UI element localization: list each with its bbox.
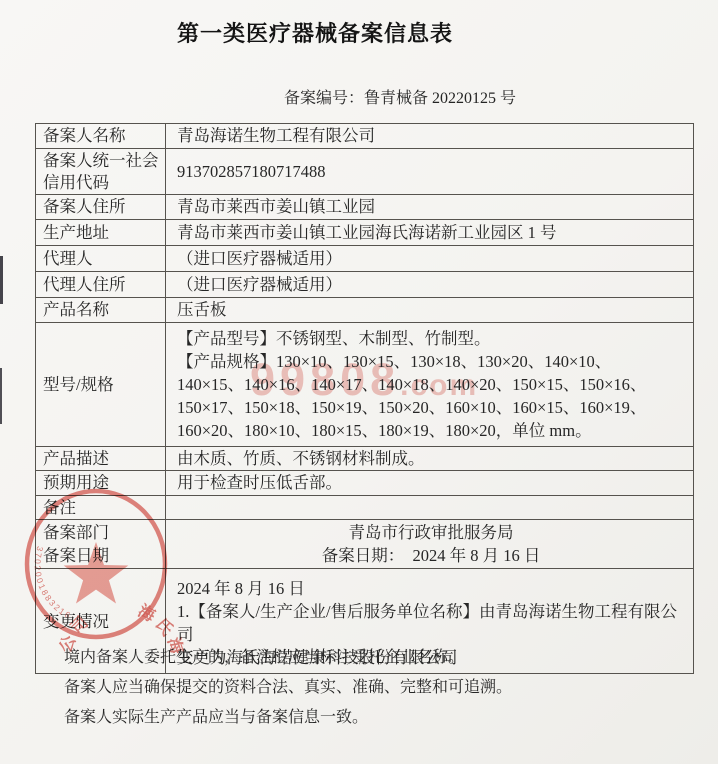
- table-row: 产品描述 由木质、竹质、不锈钢材料制成。: [36, 447, 694, 471]
- scan-artifact: [0, 368, 2, 424]
- table-row: 备案人名称 青岛海诺生物工程有限公司: [36, 124, 694, 149]
- table-row: 备案部门 备案日期 青岛市行政审批服务局 备案日期： 2024 年 8 月 16…: [36, 520, 694, 569]
- spec-line: 160×20、180×10、180×15、180×19、180×20，单位 mm…: [177, 419, 685, 442]
- field-label-line: 备案部门: [43, 521, 160, 544]
- field-value: （进口医疗器械适用）: [166, 246, 694, 272]
- spec-line: 150×17、150×18、150×19、150×20、160×10、160×1…: [177, 396, 685, 419]
- record-department: 青岛市行政审批服务局: [177, 521, 685, 544]
- spec-line: 140×15、140×16、140×17、140×18、140×20、150×1…: [177, 373, 685, 396]
- spec-line: 【产品规格】130×10、130×15、130×18、130×20、140×10…: [177, 350, 685, 373]
- field-label: 产品名称: [36, 298, 166, 323]
- field-value: 913702857180717488: [166, 149, 694, 195]
- table-row: 代理人住所 （进口医疗器械适用）: [36, 272, 694, 298]
- field-label: 预期用途: [36, 471, 166, 495]
- record-date: 备案日期： 2024 年 8 月 16 日: [177, 544, 685, 567]
- table-row: 备注: [36, 495, 694, 519]
- table-row: 备案人住所 青岛市莱西市姜山镇工业园: [36, 195, 694, 220]
- spec-line: 【产品型号】不锈钢型、木制型、竹制型。: [177, 327, 685, 350]
- field-label: 备注: [36, 495, 166, 519]
- table-row: 生产地址 青岛市莱西市姜山镇工业园海氏海诺新工业园区 1 号: [36, 220, 694, 246]
- field-label: 型号/规格: [36, 323, 166, 447]
- page-title: 第一类医疗器械备案信息表: [0, 17, 630, 48]
- table-row: 备案人统一社会信用代码 913702857180717488: [36, 149, 694, 195]
- field-value: [166, 495, 694, 519]
- change-line: 1.【备案人/生产企业/售后服务单位名称】由青岛海诺生物工程有限公司: [177, 600, 685, 646]
- change-line: 2024 年 8 月 16 日: [177, 577, 685, 600]
- field-label: 生产地址: [36, 220, 166, 246]
- field-label: 备案人住所: [36, 195, 166, 220]
- scan-artifact: [0, 256, 3, 304]
- field-label: 代理人: [36, 246, 166, 272]
- field-value: 青岛海诺生物工程有限公司: [166, 124, 694, 149]
- footnote: 境内备案人委托生产的，备注栏应当标注受托企业名称。: [64, 647, 664, 669]
- field-label: 代理人住所: [36, 272, 166, 298]
- field-label-line: 备案日期: [43, 544, 160, 567]
- footnotes: 境内备案人委托生产的，备注栏应当标注受托企业名称。 备案人应当确保提交的资料合法…: [64, 647, 664, 737]
- record-number: 备案编号：鲁青械备 20220125 号: [180, 85, 620, 108]
- table-row: 预期用途 用于检查时压低舌部。: [36, 471, 694, 495]
- field-label: 产品描述: [36, 447, 166, 471]
- field-value: 由木质、竹质、不锈钢材料制成。: [166, 447, 694, 471]
- registration-form-table: 备案人名称 青岛海诺生物工程有限公司 备案人统一社会信用代码 913702857…: [35, 123, 694, 674]
- field-label: 备案人统一社会信用代码: [36, 149, 166, 195]
- field-value: （进口医疗器械适用）: [166, 272, 694, 298]
- field-value: 用于检查时压低舌部。: [166, 471, 694, 495]
- field-value: 青岛市莱西市姜山镇工业园: [166, 195, 694, 220]
- field-value: 青岛市行政审批服务局 备案日期： 2024 年 8 月 16 日: [166, 520, 694, 569]
- field-label: 备案部门 备案日期: [36, 520, 166, 569]
- table-row: 型号/规格 【产品型号】不锈钢型、木制型、竹制型。 【产品规格】130×10、1…: [36, 323, 694, 447]
- field-value: 压舌板: [166, 298, 694, 323]
- table-row: 产品名称 压舌板: [36, 298, 694, 323]
- footnote: 备案人实际生产产品应当与备案信息一致。: [64, 707, 664, 729]
- field-label: 备案人名称: [36, 124, 166, 149]
- footnote: 备案人应当确保提交的资料合法、真实、准确、完整和可追溯。: [64, 677, 664, 699]
- field-value: 青岛市莱西市姜山镇工业园海氏海诺新工业园区 1 号: [166, 220, 694, 246]
- table-row: 代理人 （进口医疗器械适用）: [36, 246, 694, 272]
- field-value: 【产品型号】不锈钢型、木制型、竹制型。 【产品规格】130×10、130×15、…: [166, 323, 694, 447]
